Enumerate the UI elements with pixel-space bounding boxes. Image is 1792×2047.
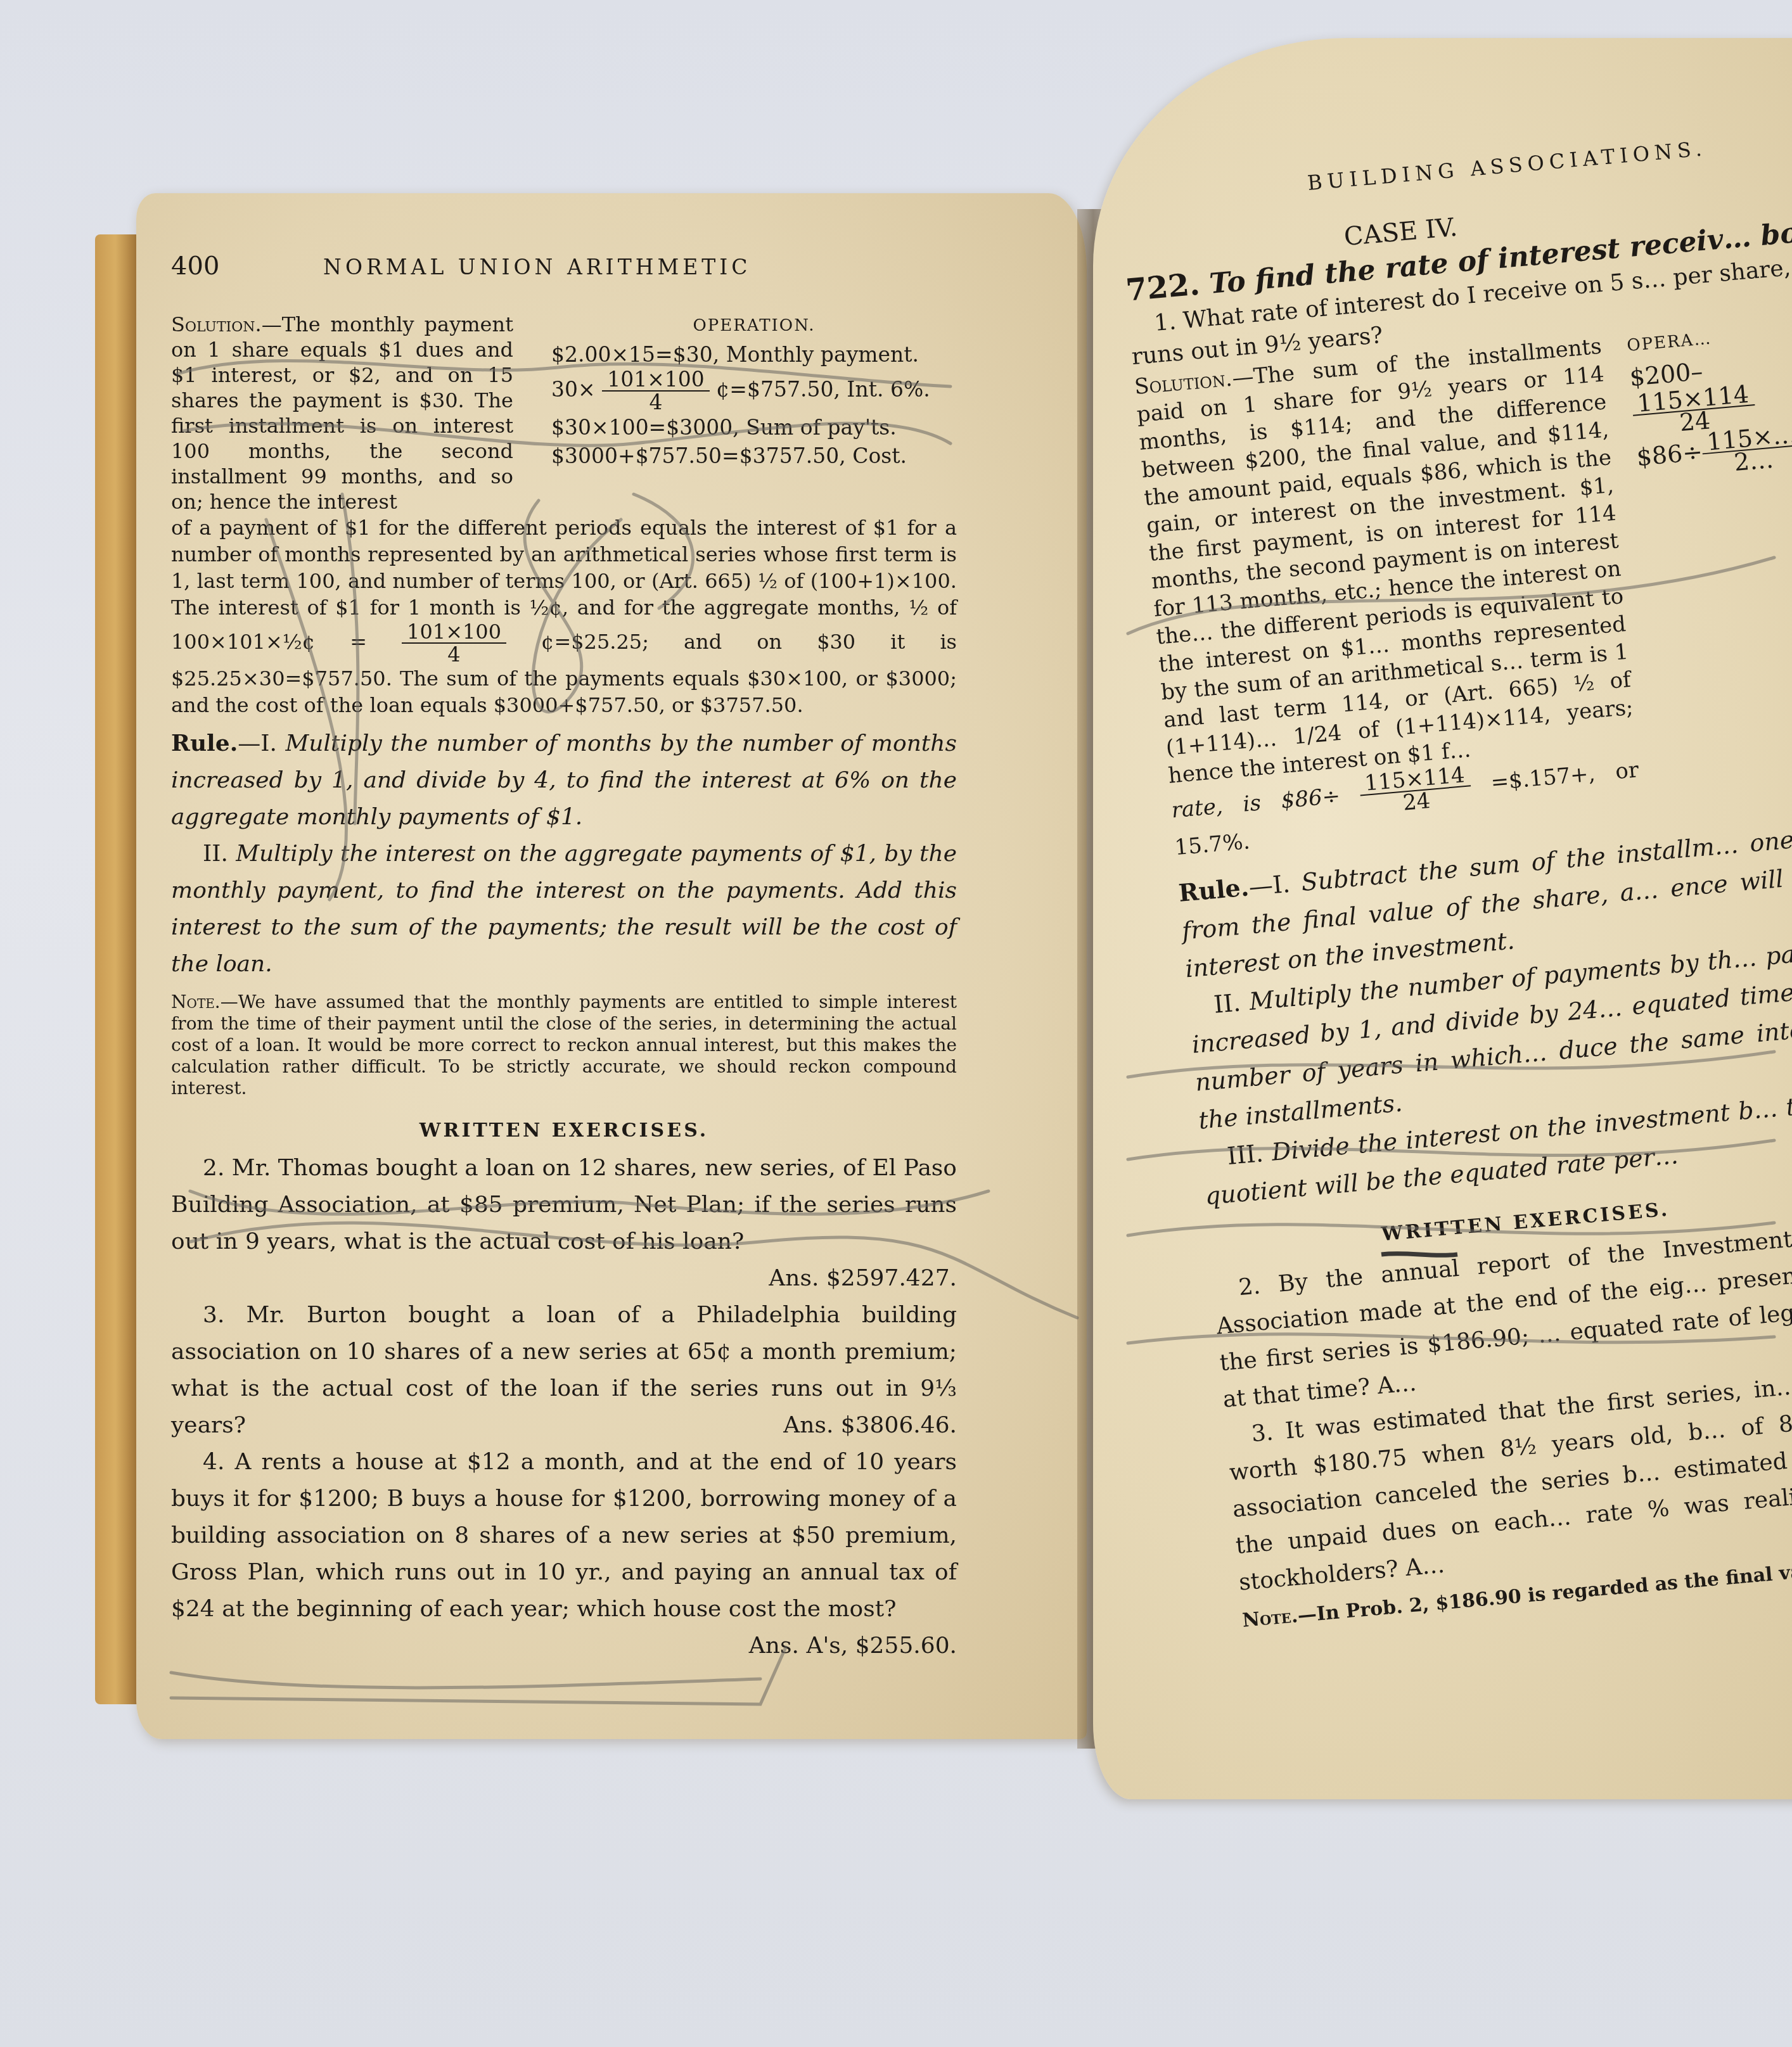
exercises-heading: WRITTEN EXERCISES. (171, 1118, 957, 1144)
rule-i-text: Multiply the number of months by the num… (171, 730, 957, 830)
fraction: 115×11424 (1359, 763, 1473, 817)
solution-continuation: of a payment of $1 for the different per… (171, 514, 957, 718)
solution-block: Solution.—The monthly payment on 1 share… (171, 312, 957, 514)
rule-label: Rule. (171, 730, 238, 756)
operation-block: OPERATION. $2.00×15=$30, Monthly payment… (551, 312, 957, 514)
fraction: 101×1004 (602, 369, 710, 413)
operation-block: OPERA… $200– 115×11424 $86÷115×…2… (1625, 302, 1792, 819)
operation-line-1: $2.00×15=$30, Monthly payment. (551, 340, 957, 369)
exercise-item: 4. A rents a house at $12 a month, and a… (171, 1444, 957, 1628)
note-label: Note. (171, 992, 221, 1012)
operation-line-4: $3000+$757.50=$3757.50, Cost. (551, 442, 957, 470)
fraction: 101×1004 (402, 621, 506, 665)
solution-text: Solution.—The monthly payment on 1 share… (171, 312, 513, 514)
note-block: Note.—We have assumed that the monthly p… (171, 992, 957, 1099)
operation-line-3: $30×100=$3000, Sum of pay'ts. (551, 413, 957, 442)
left-page-text: 400 NORMAL UNION ARITHMETIC Solution.—Th… (171, 253, 957, 1664)
running-header: 400 NORMAL UNION ARITHMETIC (171, 253, 957, 280)
answer: Ans. $2597.427. (737, 1260, 957, 1297)
operation-line-2: 30× 101×1004 ¢=$757.50, Int. 6%. (551, 369, 957, 413)
solution-label: Solution. (171, 312, 262, 336)
exercise-item: 2. Mr. Thomas bought a loan on 12 shares… (171, 1150, 957, 1260)
rule-ii-text: Multiply the interest on the aggregate p… (171, 841, 957, 977)
answer: Ans. A's, $255.60. (717, 1628, 957, 1664)
operation-heading: OPERATION. (551, 312, 957, 340)
exercise-item: 3. Mr. Burton bought a loan of a Philade… (171, 1297, 957, 1444)
rule-block: Rule.—I. Multiply the number of months b… (171, 725, 957, 983)
page-number: 400 (171, 253, 323, 279)
solution-text: Solution.—The sum of the installments pa… (1133, 333, 1643, 862)
fraction: 115×…2… (1701, 423, 1792, 476)
solution-block: Solution.—The sum of the installments pa… (1133, 302, 1792, 862)
running-head-title: NORMAL UNION ARITHMETIC (323, 255, 752, 280)
answer: Ans. $3806.46. (752, 1407, 957, 1444)
article-number: 722. (1124, 267, 1201, 309)
rule-block: Rule.—I. Subtract the sum of the install… (1177, 813, 1792, 1215)
